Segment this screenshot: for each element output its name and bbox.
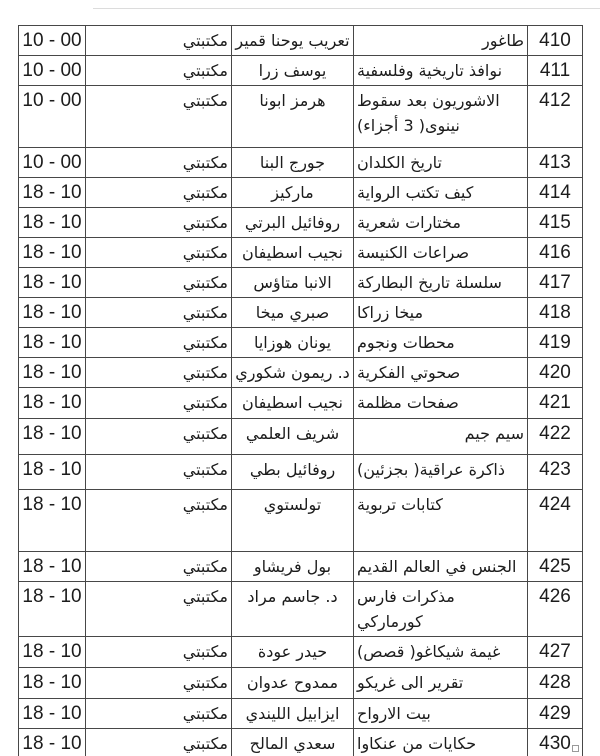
table-row: 18 - 10مكتبتيروفائيل البرتيمختارات شعرية… (19, 208, 583, 238)
author-cell: الانبا متاؤس (232, 268, 354, 298)
author-cell: هرمز ابونا (232, 86, 354, 148)
table-row: 18 - 10مكتبتيد. ريمون شكوريصحوتي الفكرية… (19, 358, 583, 388)
library-cell: مكتبتي (86, 86, 232, 148)
author-cell: نجيب اسطيفان (232, 388, 354, 419)
table-row: 18 - 10مكتبتيبول فريشاوالجنس في العالم ا… (19, 552, 583, 582)
title-cell: الجنس في العالم القديم (354, 552, 528, 582)
title-cell: طاغور (354, 26, 528, 56)
code-cell: 18 - 10 (19, 298, 86, 328)
number-cell: 426 (528, 582, 583, 637)
author-cell: روفائيل بطي (232, 455, 354, 490)
table-row: 18 - 10مكتبتيممدوح عدوانتقرير الى غريكو4… (19, 668, 583, 699)
title-cell: مختارات شعرية (354, 208, 528, 238)
library-cell: مكتبتي (86, 729, 232, 756)
code-cell: 10 - 00 (19, 148, 86, 178)
table-row: 10 - 00مكتبتييوسف زرانوافذ تاريخية وفلسف… (19, 56, 583, 86)
author-cell: نجيب اسطيفان (232, 238, 354, 268)
table-row: 18 - 10مكتبتينجيب اسطيفانصراعات الكنيسة4… (19, 238, 583, 268)
number-cell: 418 (528, 298, 583, 328)
title-cell: صفحات مظلمة (354, 388, 528, 419)
code-cell: 18 - 10 (19, 419, 86, 455)
book-list-table: 10 - 00مكتبتيتعريب يوحنا قميرطاغور41010 … (18, 25, 583, 756)
number-cell: 410 (528, 26, 583, 56)
table-row: 18 - 10مكتبتيروفائيل بطيذاكرة عراقية( بج… (19, 455, 583, 490)
previous-row-edge-artifact (93, 8, 600, 9)
author-cell: حيدر عودة (232, 637, 354, 668)
number-cell: 412 (528, 86, 583, 148)
title-cell: غيمة شيكاغو( قصص) (354, 637, 528, 668)
table-row: 18 - 10مكتبتييونان هوزايامحطات ونجوم419 (19, 328, 583, 358)
number-cell: 415 (528, 208, 583, 238)
code-cell: 18 - 10 (19, 582, 86, 637)
author-cell: صبري ميخا (232, 298, 354, 328)
title-cell: صحوتي الفكرية (354, 358, 528, 388)
author-cell: يونان هوزايا (232, 328, 354, 358)
title-cell: سلسلة تاريخ البطاركة (354, 268, 528, 298)
title-cell: تاريخ الكلدان (354, 148, 528, 178)
number-cell: 427 (528, 637, 583, 668)
library-cell: مكتبتي (86, 552, 232, 582)
table-row: 18 - 10مكتبتيد. جاسم مرادمذكرات فارس كور… (19, 582, 583, 637)
library-cell: مكتبتي (86, 637, 232, 668)
title-cell: حكايات من عنكاوا (354, 729, 528, 756)
title-cell: محطات ونجوم (354, 328, 528, 358)
code-cell: 18 - 10 (19, 388, 86, 419)
code-cell: 10 - 00 (19, 56, 86, 86)
table-row: 10 - 00مكتبتيجورج البناتاريخ الكلدان413 (19, 148, 583, 178)
table-row: 10 - 00مكتبتيتعريب يوحنا قميرطاغور410 (19, 26, 583, 56)
table-row: 18 - 10مكتبتيالانبا متاؤسسلسلة تاريخ الب… (19, 268, 583, 298)
code-cell: 18 - 10 (19, 208, 86, 238)
table-row: 18 - 10مكتبتيتولستويكتابات تربوية424 (19, 490, 583, 552)
table-row: 18 - 10مكتبتينجيب اسطيفانصفحات مظلمة421 (19, 388, 583, 419)
code-cell: 18 - 10 (19, 552, 86, 582)
library-cell: مكتبتي (86, 56, 232, 86)
number-cell: 424 (528, 490, 583, 552)
table-resize-handle[interactable] (572, 745, 579, 752)
code-cell: 18 - 10 (19, 490, 86, 552)
author-cell: د. جاسم مراد (232, 582, 354, 637)
table-row: 18 - 10مكتبتيايزابيل اللينديبيت الارواح4… (19, 699, 583, 729)
number-cell: 420 (528, 358, 583, 388)
table-row: 18 - 10مكتبتيحيدر عودةغيمة شيكاغو( قصص)4… (19, 637, 583, 668)
title-cell: تقرير الى غريكو (354, 668, 528, 699)
code-cell: 18 - 10 (19, 268, 86, 298)
table-row: 18 - 10مكتبتيسعدي المالححكايات من عنكاوا… (19, 729, 583, 756)
code-cell: 10 - 00 (19, 26, 86, 56)
title-cell: ذاكرة عراقية( بجزئين) (354, 455, 528, 490)
library-cell: مكتبتي (86, 699, 232, 729)
library-cell: مكتبتي (86, 582, 232, 637)
author-cell: تعريب يوحنا قمير (232, 26, 354, 56)
code-cell: 18 - 10 (19, 455, 86, 490)
author-cell: شريف العلمي (232, 419, 354, 455)
library-cell: مكتبتي (86, 419, 232, 455)
number-cell: 425 (528, 552, 583, 582)
code-cell: 18 - 10 (19, 668, 86, 699)
number-cell: 414 (528, 178, 583, 208)
author-cell: ايزابيل الليندي (232, 699, 354, 729)
title-cell: سيم جيم (354, 419, 528, 455)
number-cell: 416 (528, 238, 583, 268)
author-cell: سعدي المالح (232, 729, 354, 756)
library-cell: مكتبتي (86, 148, 232, 178)
author-cell: د. ريمون شكوري (232, 358, 354, 388)
code-cell: 18 - 10 (19, 637, 86, 668)
title-cell: نوافذ تاريخية وفلسفية (354, 56, 528, 86)
number-cell: 417 (528, 268, 583, 298)
table-row: 18 - 10مكتبتيماركيزكيف تكتب الرواية414 (19, 178, 583, 208)
author-cell: ممدوح عدوان (232, 668, 354, 699)
code-cell: 18 - 10 (19, 358, 86, 388)
library-cell: مكتبتي (86, 178, 232, 208)
number-cell: 411 (528, 56, 583, 86)
library-cell: مكتبتي (86, 208, 232, 238)
code-cell: 18 - 10 (19, 178, 86, 208)
code-cell: 18 - 10 (19, 238, 86, 268)
library-cell: مكتبتي (86, 298, 232, 328)
title-cell: كتابات تربوية (354, 490, 528, 552)
number-cell: 423 (528, 455, 583, 490)
author-cell: ماركيز (232, 178, 354, 208)
code-cell: 18 - 10 (19, 699, 86, 729)
table-row: 18 - 10مكتبتيشريف العلميسيم جيم422 (19, 419, 583, 455)
title-cell: صراعات الكنيسة (354, 238, 528, 268)
number-cell: 419 (528, 328, 583, 358)
code-cell: 18 - 10 (19, 328, 86, 358)
table-row: 18 - 10مكتبتيصبري ميخاميخا زراكا418 (19, 298, 583, 328)
table-row: 10 - 00مكتبتيهرمز ابوناالاشوريون بعد سقو… (19, 86, 583, 148)
code-cell: 10 - 00 (19, 86, 86, 148)
document-page: 10 - 00مكتبتيتعريب يوحنا قميرطاغور41010 … (0, 0, 600, 756)
author-cell: روفائيل البرتي (232, 208, 354, 238)
library-cell: مكتبتي (86, 26, 232, 56)
code-cell: 18 - 10 (19, 729, 86, 756)
number-cell: 429 (528, 699, 583, 729)
library-cell: مكتبتي (86, 268, 232, 298)
title-cell: مذكرات فارس كورماركي (354, 582, 528, 637)
title-cell: الاشوريون بعد سقوط نينوى( 3 أجزاء) (354, 86, 528, 148)
library-cell: مكتبتي (86, 668, 232, 699)
library-cell: مكتبتي (86, 388, 232, 419)
number-cell: 421 (528, 388, 583, 419)
author-cell: جورج البنا (232, 148, 354, 178)
book-list-body: 10 - 00مكتبتيتعريب يوحنا قميرطاغور41010 … (19, 26, 583, 756)
library-cell: مكتبتي (86, 328, 232, 358)
number-cell: 422 (528, 419, 583, 455)
title-cell: بيت الارواح (354, 699, 528, 729)
author-cell: يوسف زرا (232, 56, 354, 86)
author-cell: بول فريشاو (232, 552, 354, 582)
library-cell: مكتبتي (86, 358, 232, 388)
number-cell: 428 (528, 668, 583, 699)
author-cell: تولستوي (232, 490, 354, 552)
library-cell: مكتبتي (86, 490, 232, 552)
library-cell: مكتبتي (86, 238, 232, 268)
title-cell: كيف تكتب الرواية (354, 178, 528, 208)
library-cell: مكتبتي (86, 455, 232, 490)
number-cell: 413 (528, 148, 583, 178)
title-cell: ميخا زراكا (354, 298, 528, 328)
